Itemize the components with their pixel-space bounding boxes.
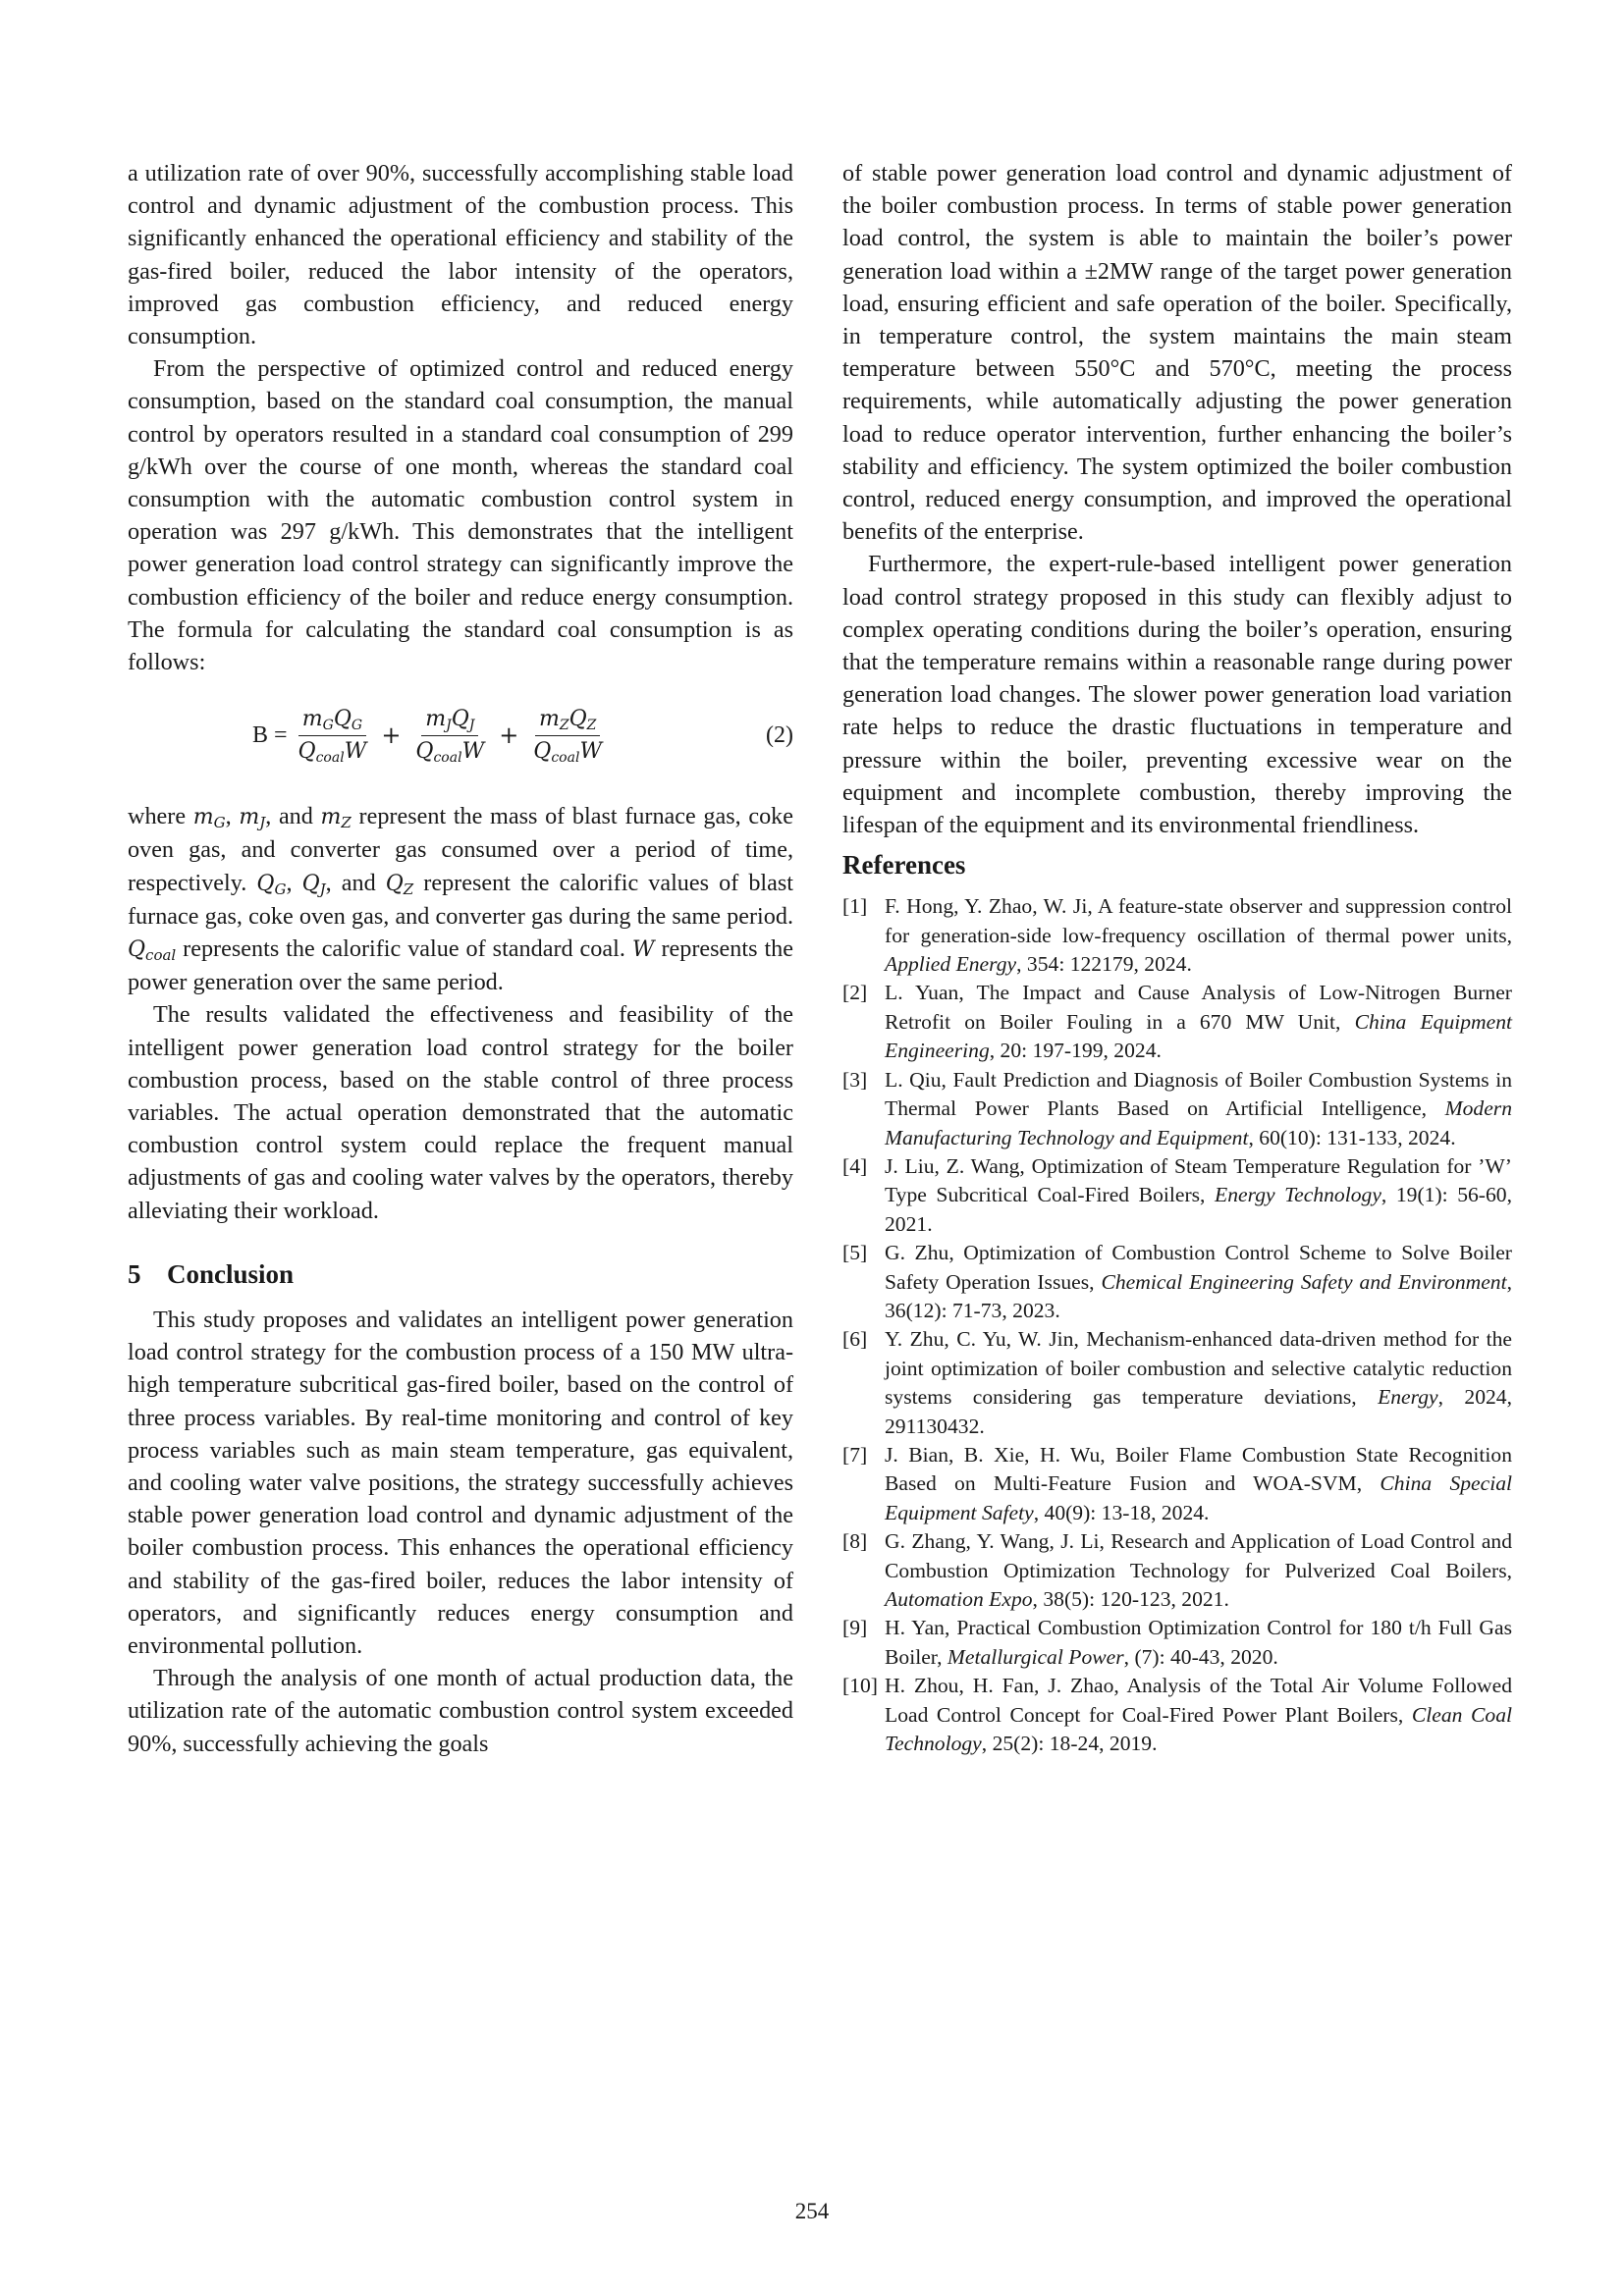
reference-item: [5]G. Zhu, Optimization of Combustion Co…	[842, 1239, 1512, 1325]
reference-item: [8]G. Zhang, Y. Wang, J. Li, Research an…	[842, 1527, 1512, 1614]
reference-item: [10]H. Zhou, H. Fan, J. Zhao, Analysis o…	[842, 1672, 1512, 1758]
journal-name: Chemical Engineering Safety and Environm…	[1101, 1270, 1506, 1294]
fraction-denominator: QcoalW	[529, 736, 606, 766]
reference-label: [2]	[842, 979, 867, 1007]
reference-label: [5]	[842, 1239, 867, 1267]
reference-label: [3]	[842, 1066, 867, 1095]
body-paragraph: This study proposes and validates an int…	[128, 1304, 793, 1662]
reference-label: [4]	[842, 1152, 867, 1181]
journal-name: Energy	[1378, 1385, 1438, 1409]
reference-item: [2]L. Yuan, The Impact and Cause Analysi…	[842, 979, 1512, 1065]
reference-label: [1]	[842, 892, 867, 921]
body-paragraph: a utilization rate of over 90%, successf…	[128, 157, 793, 352]
fraction-denominator: QcoalW	[411, 736, 488, 766]
body-paragraph: Through the analysis of one month of act…	[128, 1662, 793, 1760]
plus-operator: +	[381, 720, 401, 752]
equation-standard-coal-consumption: B = mGQG QcoalW + mJQJ QcoalW + mZQZ Qco…	[128, 684, 793, 794]
journal-name: Applied Energy	[885, 952, 1016, 976]
body-paragraph: From the perspective of optimized contro…	[128, 352, 793, 678]
equation-number: (2)	[766, 720, 793, 752]
reference-item: [1]F. Hong, Y. Zhao, W. Ji, A feature-st…	[842, 892, 1512, 979]
section-title: Conclusion	[167, 1259, 294, 1289]
reference-label: [9]	[842, 1614, 867, 1642]
journal-name: Automation Expo	[885, 1587, 1033, 1611]
right-column: of stable power generation load control …	[842, 157, 1512, 1758]
journal-name: Metallurgical Power	[947, 1645, 1124, 1669]
references-list: [1]F. Hong, Y. Zhao, W. Ji, A feature-st…	[842, 892, 1512, 1758]
reference-item: [9]H. Yan, Practical Combustion Optimiza…	[842, 1614, 1512, 1672]
reference-label: [6]	[842, 1325, 867, 1354]
body-paragraph: Furthermore, the expert-rule-based intel…	[842, 548, 1512, 841]
journal-name: Energy Tech­nology	[1215, 1183, 1381, 1206]
fraction-term-z: mZQZ QcoalW	[529, 706, 606, 766]
page-number: 254	[0, 2199, 1624, 2224]
plus-operator: +	[499, 720, 518, 752]
fraction-numerator: mZQZ	[535, 706, 600, 736]
body-paragraph: of stable power generation load control …	[842, 157, 1512, 548]
equation-body: B = mGQG QcoalW + mJQJ QcoalW + mZQZ Qco…	[252, 706, 609, 766]
where-paragraph: where mG, mJ, and mZ represent the mass …	[128, 800, 793, 998]
reference-label: [10]	[842, 1672, 878, 1700]
reference-item: [4]J. Liu, Z. Wang, Optimization of Stea…	[842, 1152, 1512, 1239]
fraction-numerator: mJQJ	[421, 706, 478, 736]
fraction-term-g: mGQG QcoalW	[295, 706, 371, 766]
reference-item: [6]Y. Zhu, C. Yu, W. Jin, Mechanism-enha…	[842, 1325, 1512, 1441]
left-column: a utilization rate of over 90%, successf…	[128, 157, 793, 1760]
fraction-denominator: QcoalW	[295, 736, 371, 766]
reference-item: [7]J. Bian, B. Xie, H. Wu, Boiler Flame …	[842, 1441, 1512, 1527]
section-heading-conclusion: 5Conclusion	[128, 1256, 793, 1292]
body-paragraph: The results validated the effectiveness …	[128, 998, 793, 1226]
reference-item: [3]L. Qiu, Fault Prediction and Diagnosi…	[842, 1066, 1512, 1152]
equation-lhs: B =	[252, 720, 288, 752]
reference-label: [8]	[842, 1527, 867, 1556]
references-heading: References	[842, 847, 1512, 882]
reference-label: [7]	[842, 1441, 867, 1469]
section-number: 5	[128, 1256, 167, 1292]
fraction-numerator: mGQG	[298, 706, 366, 736]
fraction-term-j: mJQJ QcoalW	[411, 706, 488, 766]
